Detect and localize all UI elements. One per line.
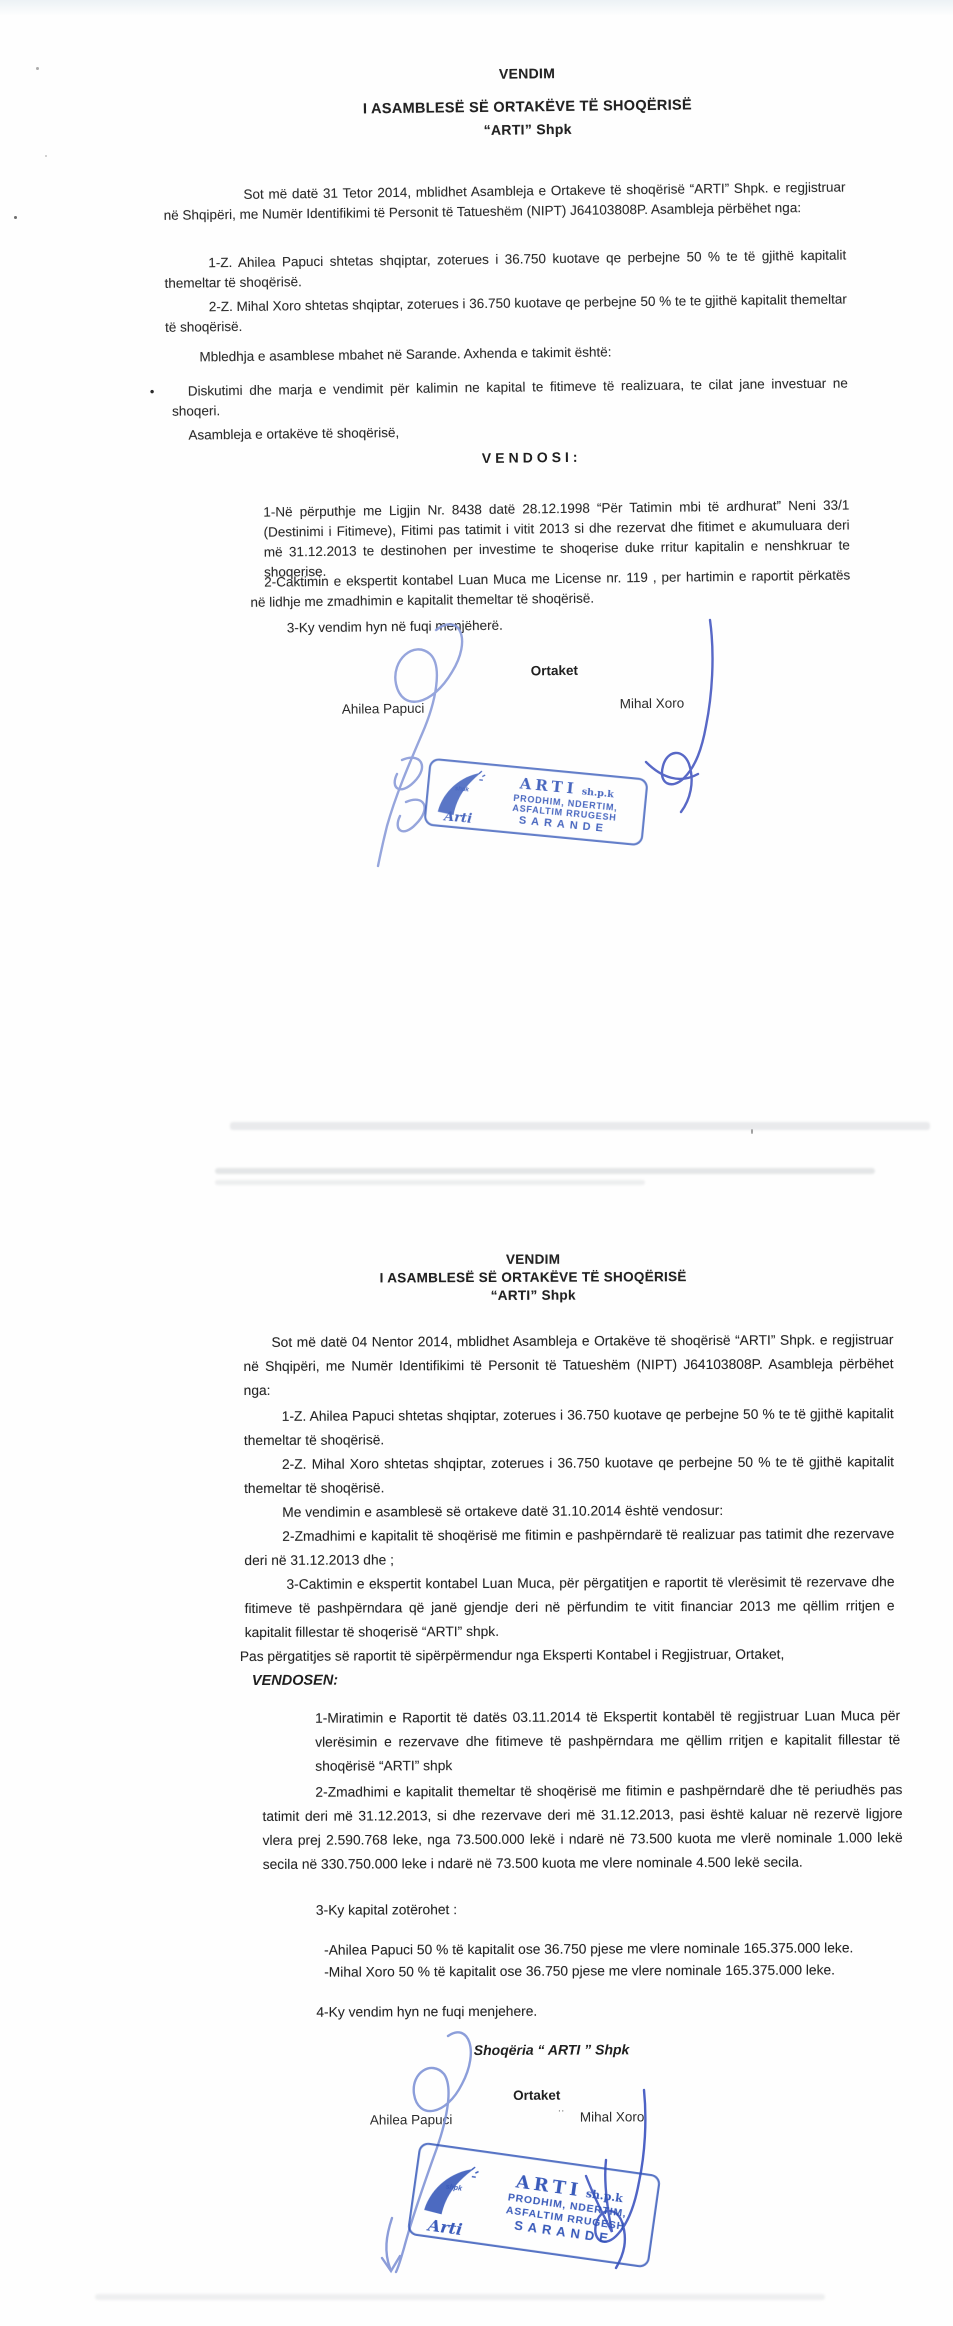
- page1-title: VENDIM: [182, 61, 872, 85]
- page2-title: VENDIM: [198, 1250, 868, 1268]
- page1-meeting-line: Mbledhja e asamblese mbahet në Sarande. …: [165, 340, 847, 368]
- page1-agenda-item: Diskutimi dhe marja e vendimit për kalim…: [172, 374, 848, 422]
- page1-member1-paragraph: 1-Z. Ahilea Papuci shtetas shqiptar, zot…: [164, 246, 846, 294]
- page1-intro-paragraph: Sot më datë 31 Tetor 2014, mblidhet Asam…: [163, 178, 845, 226]
- page2-final-decision: 4-Ky vendim hyn ne fuqi menjehere.: [316, 1998, 876, 2024]
- page2-prior-decision-2: 3-Caktimin e ekspertit kontabel Luan Muc…: [244, 1570, 894, 1645]
- page1-assembly-line: Asambleja e ortakëve të shoqërisë,: [188, 418, 848, 446]
- scan-edge-tint: [0, 0, 953, 16]
- page2-prior-intro: Me vendimin e asamblesë së ortakeve datë…: [244, 1498, 894, 1525]
- page2-decision-1: 1-Miratimin e Raportit të datës 03.11.20…: [315, 1704, 900, 1779]
- bullet-icon: •: [150, 384, 155, 399]
- page2-decision-heading: VENDOSEN:: [252, 1673, 338, 1689]
- scan-artifact: [230, 1122, 930, 1130]
- scan-speck: [36, 67, 39, 70]
- stamp-logo-small-text: shpk: [455, 786, 470, 793]
- page1-subtitle: I ASAMBLESË SË ORTAKËVE TË SHOQËRISË: [182, 95, 872, 119]
- scan-speck: [14, 216, 17, 219]
- page2-subtitle: I ASAMBLESË SË ORTAKËVE TË SHOQËRISË: [198, 1268, 868, 1286]
- scan-speck: [751, 1129, 753, 1134]
- scan-speck: [45, 155, 47, 157]
- scan-artifact: [215, 1180, 645, 1185]
- scan-artifact: [215, 1168, 875, 1174]
- page1-member2-paragraph: 2-Z. Mihal Xoro shtetas shqiptar, zoteru…: [165, 290, 847, 338]
- page2-decision-2: 2-Zmadhimi e kapitalit themeltar të shoq…: [262, 1778, 902, 1877]
- page1-partners-label: Ortaket: [489, 662, 619, 679]
- page2-prior-decision-1: 2-Zmadhimi e kapitalit të shoqërisë me f…: [244, 1522, 894, 1573]
- page2-after-report-line: Pas përgatitjes së raportit të sipërpërm…: [240, 1642, 900, 1669]
- scan-artifact: [95, 2294, 825, 2300]
- page1-company-name: “ARTI” Shpk: [183, 117, 873, 141]
- stamp-company-suffix: sh.p.k: [581, 786, 614, 800]
- page2-member2-paragraph: 2-Z. Mihal Xoro shtetas shqiptar, zoteru…: [244, 1450, 894, 1501]
- page2-member1-paragraph: 1-Z. Ahilea Papuci shtetas shqiptar, zot…: [244, 1402, 894, 1453]
- stamp-logo-script: Arti: [443, 809, 472, 827]
- stamp-logo-script: Arti: [427, 2216, 464, 2240]
- page2-intro-paragraph: Sot më datë 04 Nentor 2014, mblidhet Asa…: [243, 1328, 893, 1403]
- scanned-document: VENDIM I ASAMBLESË SË ORTAKËVE TË SHOQËR…: [0, 0, 953, 2326]
- page2-ownership-mihal: -Mihal Xoro 50 % të kapitalit ose 36.750…: [324, 1958, 914, 1985]
- stamp-text: ARTI sh.p.k PRODHIM, NDERTIM, ASFALTIM R…: [490, 771, 646, 838]
- stamp-logo-icon: shpk Arti: [409, 2144, 493, 2243]
- page2-company-name: “ARTI” Shpk: [198, 1286, 868, 1304]
- stamp-logo-icon: shpk Arti: [425, 760, 496, 830]
- ahilea-signature: [340, 612, 490, 870]
- page2-decision-3: 3-Ky kapital zotërohet :: [316, 1896, 876, 1922]
- stamp-text: ARTI sh.p.k PRODHIM, NDERTIM, ASFALTIM R…: [482, 2168, 657, 2253]
- page1-decision-2: 2-Caktimin e ekspertit kontabel Luan Muc…: [250, 565, 850, 612]
- page1-decision-heading: VENDOSI:: [187, 445, 877, 469]
